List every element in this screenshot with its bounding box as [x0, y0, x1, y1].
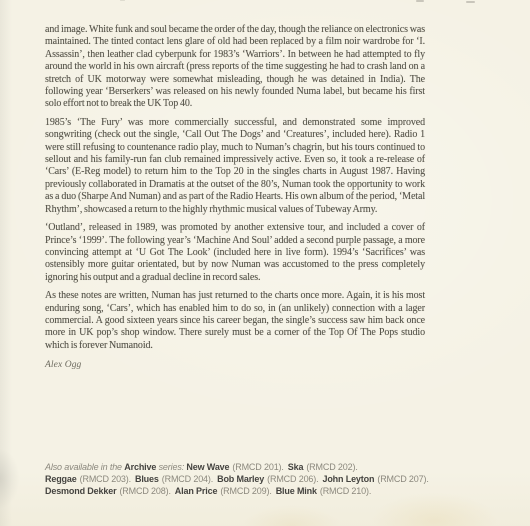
series-entry-name: Blues	[135, 474, 159, 484]
series-entry-catalog-number: (RMCD 203).	[80, 474, 131, 484]
series-entry-name: New Wave	[186, 462, 229, 472]
series-entry-name: Alan Price	[175, 486, 218, 496]
series-entry-catalog-number: (RMCD 207).	[377, 474, 428, 484]
also-available-note: Also available in the Archive series: Ne…	[45, 461, 505, 497]
series-entry-name: Blue Mink	[276, 486, 317, 496]
series-entry-name: John Leyton	[322, 474, 374, 484]
also-available-intro: Also available in the	[45, 462, 124, 472]
series-entry-catalog-number: (RMCD 201).	[232, 462, 283, 472]
liner-notes-paragraph-1: and image. White funk and soul became th…	[45, 24, 425, 111]
series-entry-name: Reggae	[45, 474, 77, 484]
series-entry-catalog-number: (RMCD 209).	[220, 486, 271, 496]
liner-notes-paragraph-4: As these notes are written, Numan has ju…	[45, 290, 425, 352]
author-credit: Alex Ogg	[45, 360, 425, 370]
also-available-intro-suffix: series:	[156, 462, 186, 472]
series-entry-catalog-number: (RMCD 206).	[267, 474, 318, 484]
series-entry-catalog-number: (RMCD 202).	[306, 462, 357, 472]
liner-notes-paragraph-2: 1985’s ‘The Fury’ was more commercially …	[45, 117, 425, 216]
series-entry-name: Ska	[288, 462, 304, 472]
series-entry-catalog-number: (RMCD 208).	[119, 486, 170, 496]
series-entry-name: Desmond Dekker	[45, 486, 116, 496]
booklet-page: and image. White funk and soul became th…	[0, 0, 530, 526]
scan-artifact-speck	[120, 0, 125, 1]
scan-artifact-speck	[416, 0, 424, 2]
series-entry-name: Bob Marley	[217, 474, 264, 484]
series-entry-catalog-number: (RMCD 210).	[320, 486, 371, 496]
liner-notes-paragraph-3: ‘Outland’, released in 1989, was promote…	[45, 222, 425, 284]
archive-series-name: Archive	[124, 462, 156, 472]
scan-artifact-speck	[466, 1, 475, 3]
series-entry-catalog-number: (RMCD 204).	[162, 474, 213, 484]
liner-notes: and image. White funk and soul became th…	[45, 24, 425, 370]
